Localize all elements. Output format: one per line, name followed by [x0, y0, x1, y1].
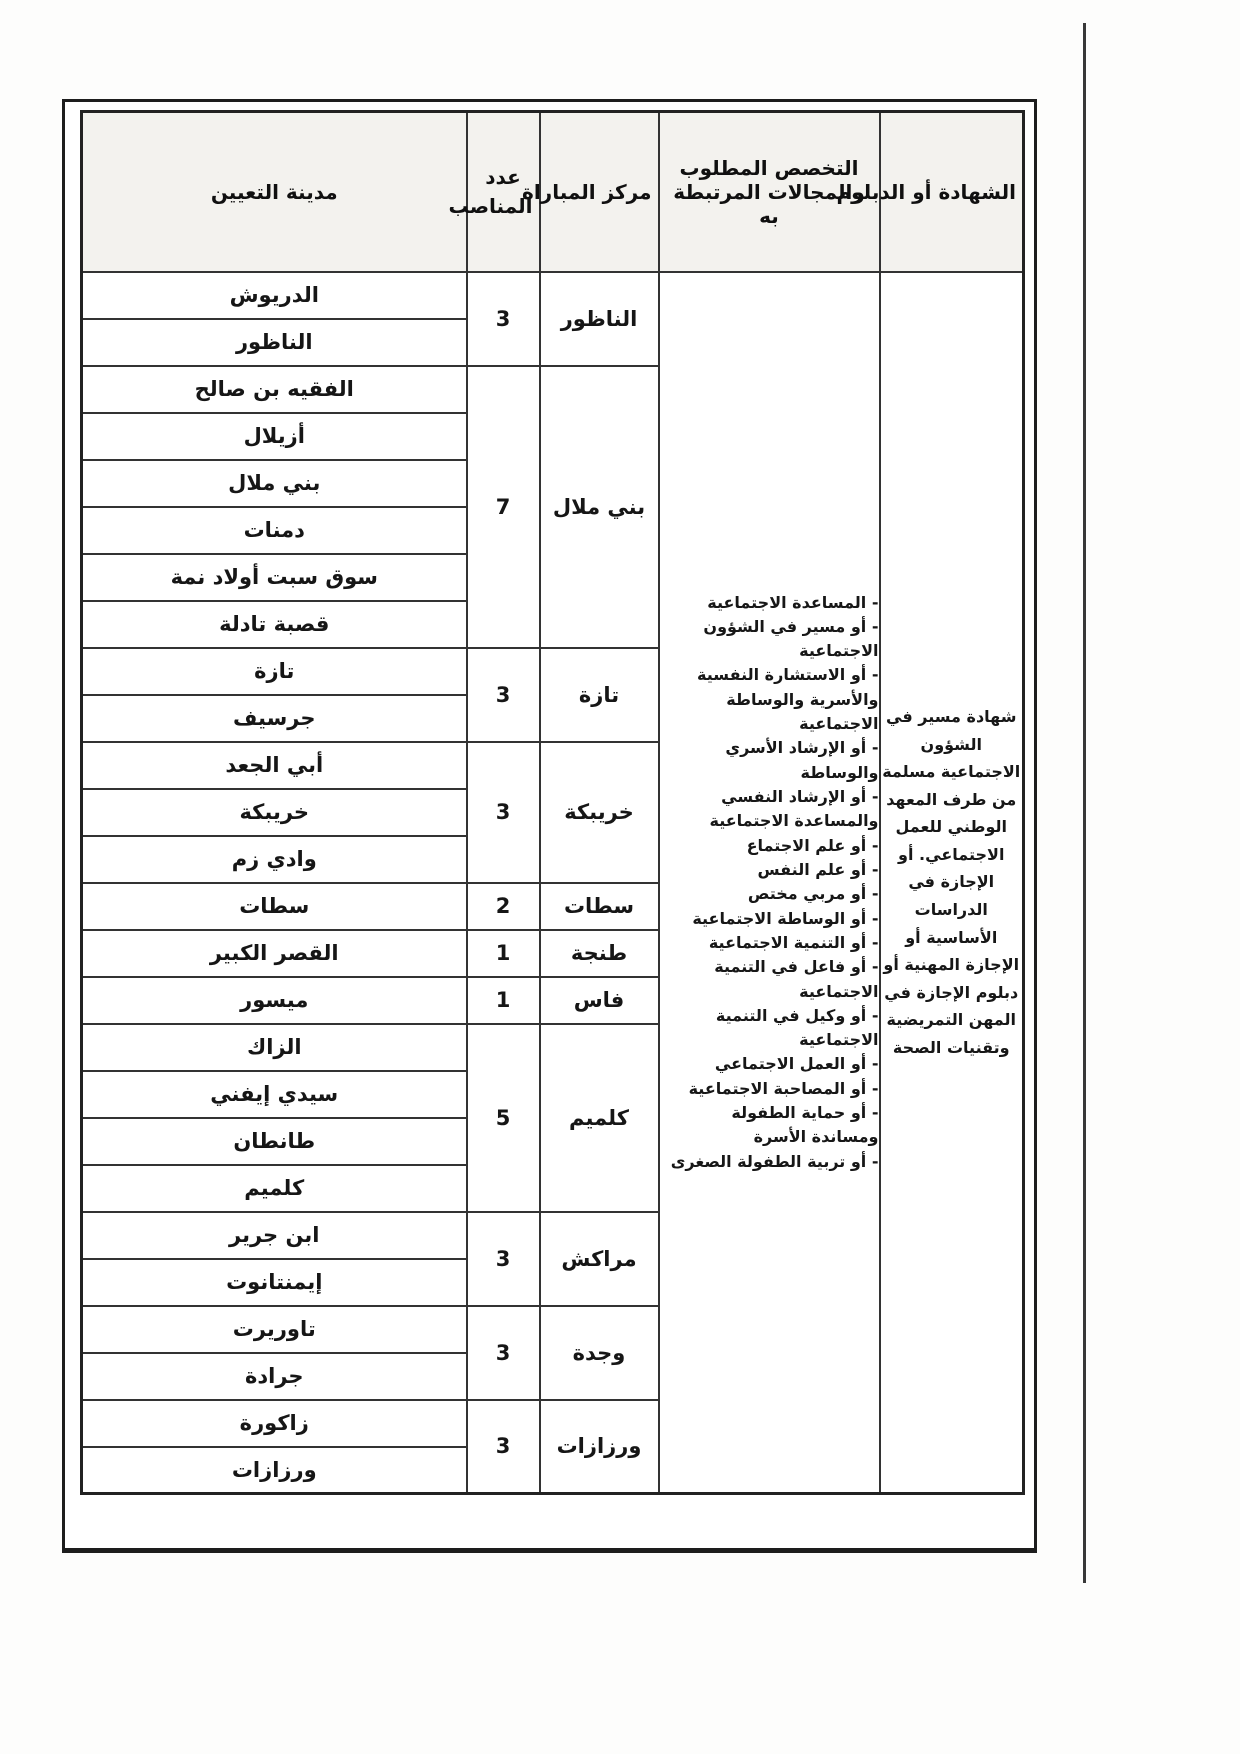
count-cell: 3 [467, 1212, 540, 1306]
header-certificate: الشهادة أو الدبلوم [880, 112, 1024, 272]
center-cell: بني ملال [540, 366, 659, 648]
city-cell: زاكورة [82, 1400, 467, 1447]
count-cell: 3 [467, 648, 540, 742]
city-cell: إيمنتانوت [82, 1259, 467, 1306]
specialization-item: - أو وكيل في التنمية الاجتماعية [660, 1004, 879, 1053]
city-cell: ميسور [82, 977, 467, 1024]
recruitment-table: الشهادة أو الدبلوم التخصص المطلوب والمجا… [80, 110, 1025, 1495]
specialization-item: - المساعدة الاجتماعية [660, 591, 879, 615]
specialization-item: - أو الإرشاد النفسي والمساعدة الاجتماعية [660, 785, 879, 834]
city-cell: دمنات [82, 507, 467, 554]
center-cell: ورزازات [540, 1400, 659, 1494]
specialization-item: - أو حماية الطفولة ومساندة الأسرة [660, 1101, 879, 1150]
city-cell: قصبة تادلة [82, 601, 467, 648]
specialization-item: - أو المصاحبة الاجتماعية [660, 1077, 879, 1101]
table-header-row: الشهادة أو الدبلوم التخصص المطلوب والمجا… [82, 112, 1024, 272]
city-cell: القصر الكبير [82, 930, 467, 977]
city-cell: خريبكة [82, 789, 467, 836]
count-cell: 3 [467, 742, 540, 883]
specialization-item: - أو علم النفس [660, 858, 879, 882]
count-cell: 1 [467, 930, 540, 977]
certificate-cell: شهادة مسير في الشؤون الاجتماعية مسلمة من… [880, 272, 1024, 1494]
city-cell: جرسيف [82, 695, 467, 742]
header-specialization: التخصص المطلوب والمجالات المرتبطة به [659, 112, 880, 272]
city-cell: الزاك [82, 1024, 467, 1071]
center-cell: خريبكة [540, 742, 659, 883]
city-cell: ورزازات [82, 1447, 467, 1494]
center-cell: مراكش [540, 1212, 659, 1306]
header-city: مدينة التعيين [82, 112, 467, 272]
city-cell: أزيلال [82, 413, 467, 460]
count-cell: 5 [467, 1024, 540, 1212]
city-cell: تازة [82, 648, 467, 695]
specialization-item: - أو الإرشاد الأسري والوساطة [660, 736, 879, 785]
specialization-item: - أو العمل الاجتماعي [660, 1052, 879, 1076]
center-cell: سطات [540, 883, 659, 930]
specialization-item: - أو الوساطة الاجتماعية [660, 907, 879, 931]
specialization-item: - أو مربي مختص [660, 882, 879, 906]
center-cell: الناظور [540, 272, 659, 366]
city-cell: أبي الجعد [82, 742, 467, 789]
specialization-list: - المساعدة الاجتماعية - أو مسير في الشؤو… [660, 591, 879, 1175]
city-cell: الناظور [82, 319, 467, 366]
city-cell: جرادة [82, 1353, 467, 1400]
count-cell: 3 [467, 272, 540, 366]
city-cell: سطات [82, 883, 467, 930]
certificate-text: شهادة مسير في الشؤون الاجتماعية مسلمة من… [881, 703, 1023, 1061]
count-cell: 1 [467, 977, 540, 1024]
center-cell: تازة [540, 648, 659, 742]
count-cell: 2 [467, 883, 540, 930]
specialization-item: - أو فاعل في التنمية الاجتماعية [660, 955, 879, 1004]
city-cell: الدريوش [82, 272, 467, 319]
specialization-cell: - المساعدة الاجتماعية - أو مسير في الشؤو… [659, 272, 880, 1494]
specialization-item: - أو علم الاجتماع [660, 834, 879, 858]
header-center: مركز المباراة [540, 112, 659, 272]
city-cell: كلميم [82, 1165, 467, 1212]
city-cell: تاوريرت [82, 1306, 467, 1353]
count-cell: 7 [467, 366, 540, 648]
city-cell: بني ملال [82, 460, 467, 507]
scan-artifact-line [1083, 23, 1086, 1583]
center-cell: طنجة [540, 930, 659, 977]
city-cell: سوق سبت أولاد نمة [82, 554, 467, 601]
specialization-item: - أو الاستشارة النفسية والأسرية والوساطة… [660, 663, 879, 736]
scanned-document-page: { "document": { "table": { "headers": { … [0, 0, 1240, 1754]
city-cell: ابن جرير [82, 1212, 467, 1259]
specialization-item: - أو مسير في الشؤون الاجتماعية [660, 615, 879, 664]
specialization-item: - أو تربية الطفولة الصغرى [660, 1150, 879, 1174]
table-row: شهادة مسير في الشؤون الاجتماعية مسلمة من… [82, 272, 1024, 319]
city-cell: طانطان [82, 1118, 467, 1165]
count-cell: 3 [467, 1306, 540, 1400]
city-cell: سيدي إيفني [82, 1071, 467, 1118]
city-cell: الفقيه بن صالح [82, 366, 467, 413]
center-cell: وجدة [540, 1306, 659, 1400]
center-cell: فاس [540, 977, 659, 1024]
specialization-item: - أو التنمية الاجتماعية [660, 931, 879, 955]
count-cell: 3 [467, 1400, 540, 1494]
center-cell: كلميم [540, 1024, 659, 1212]
city-cell: وادي زم [82, 836, 467, 883]
